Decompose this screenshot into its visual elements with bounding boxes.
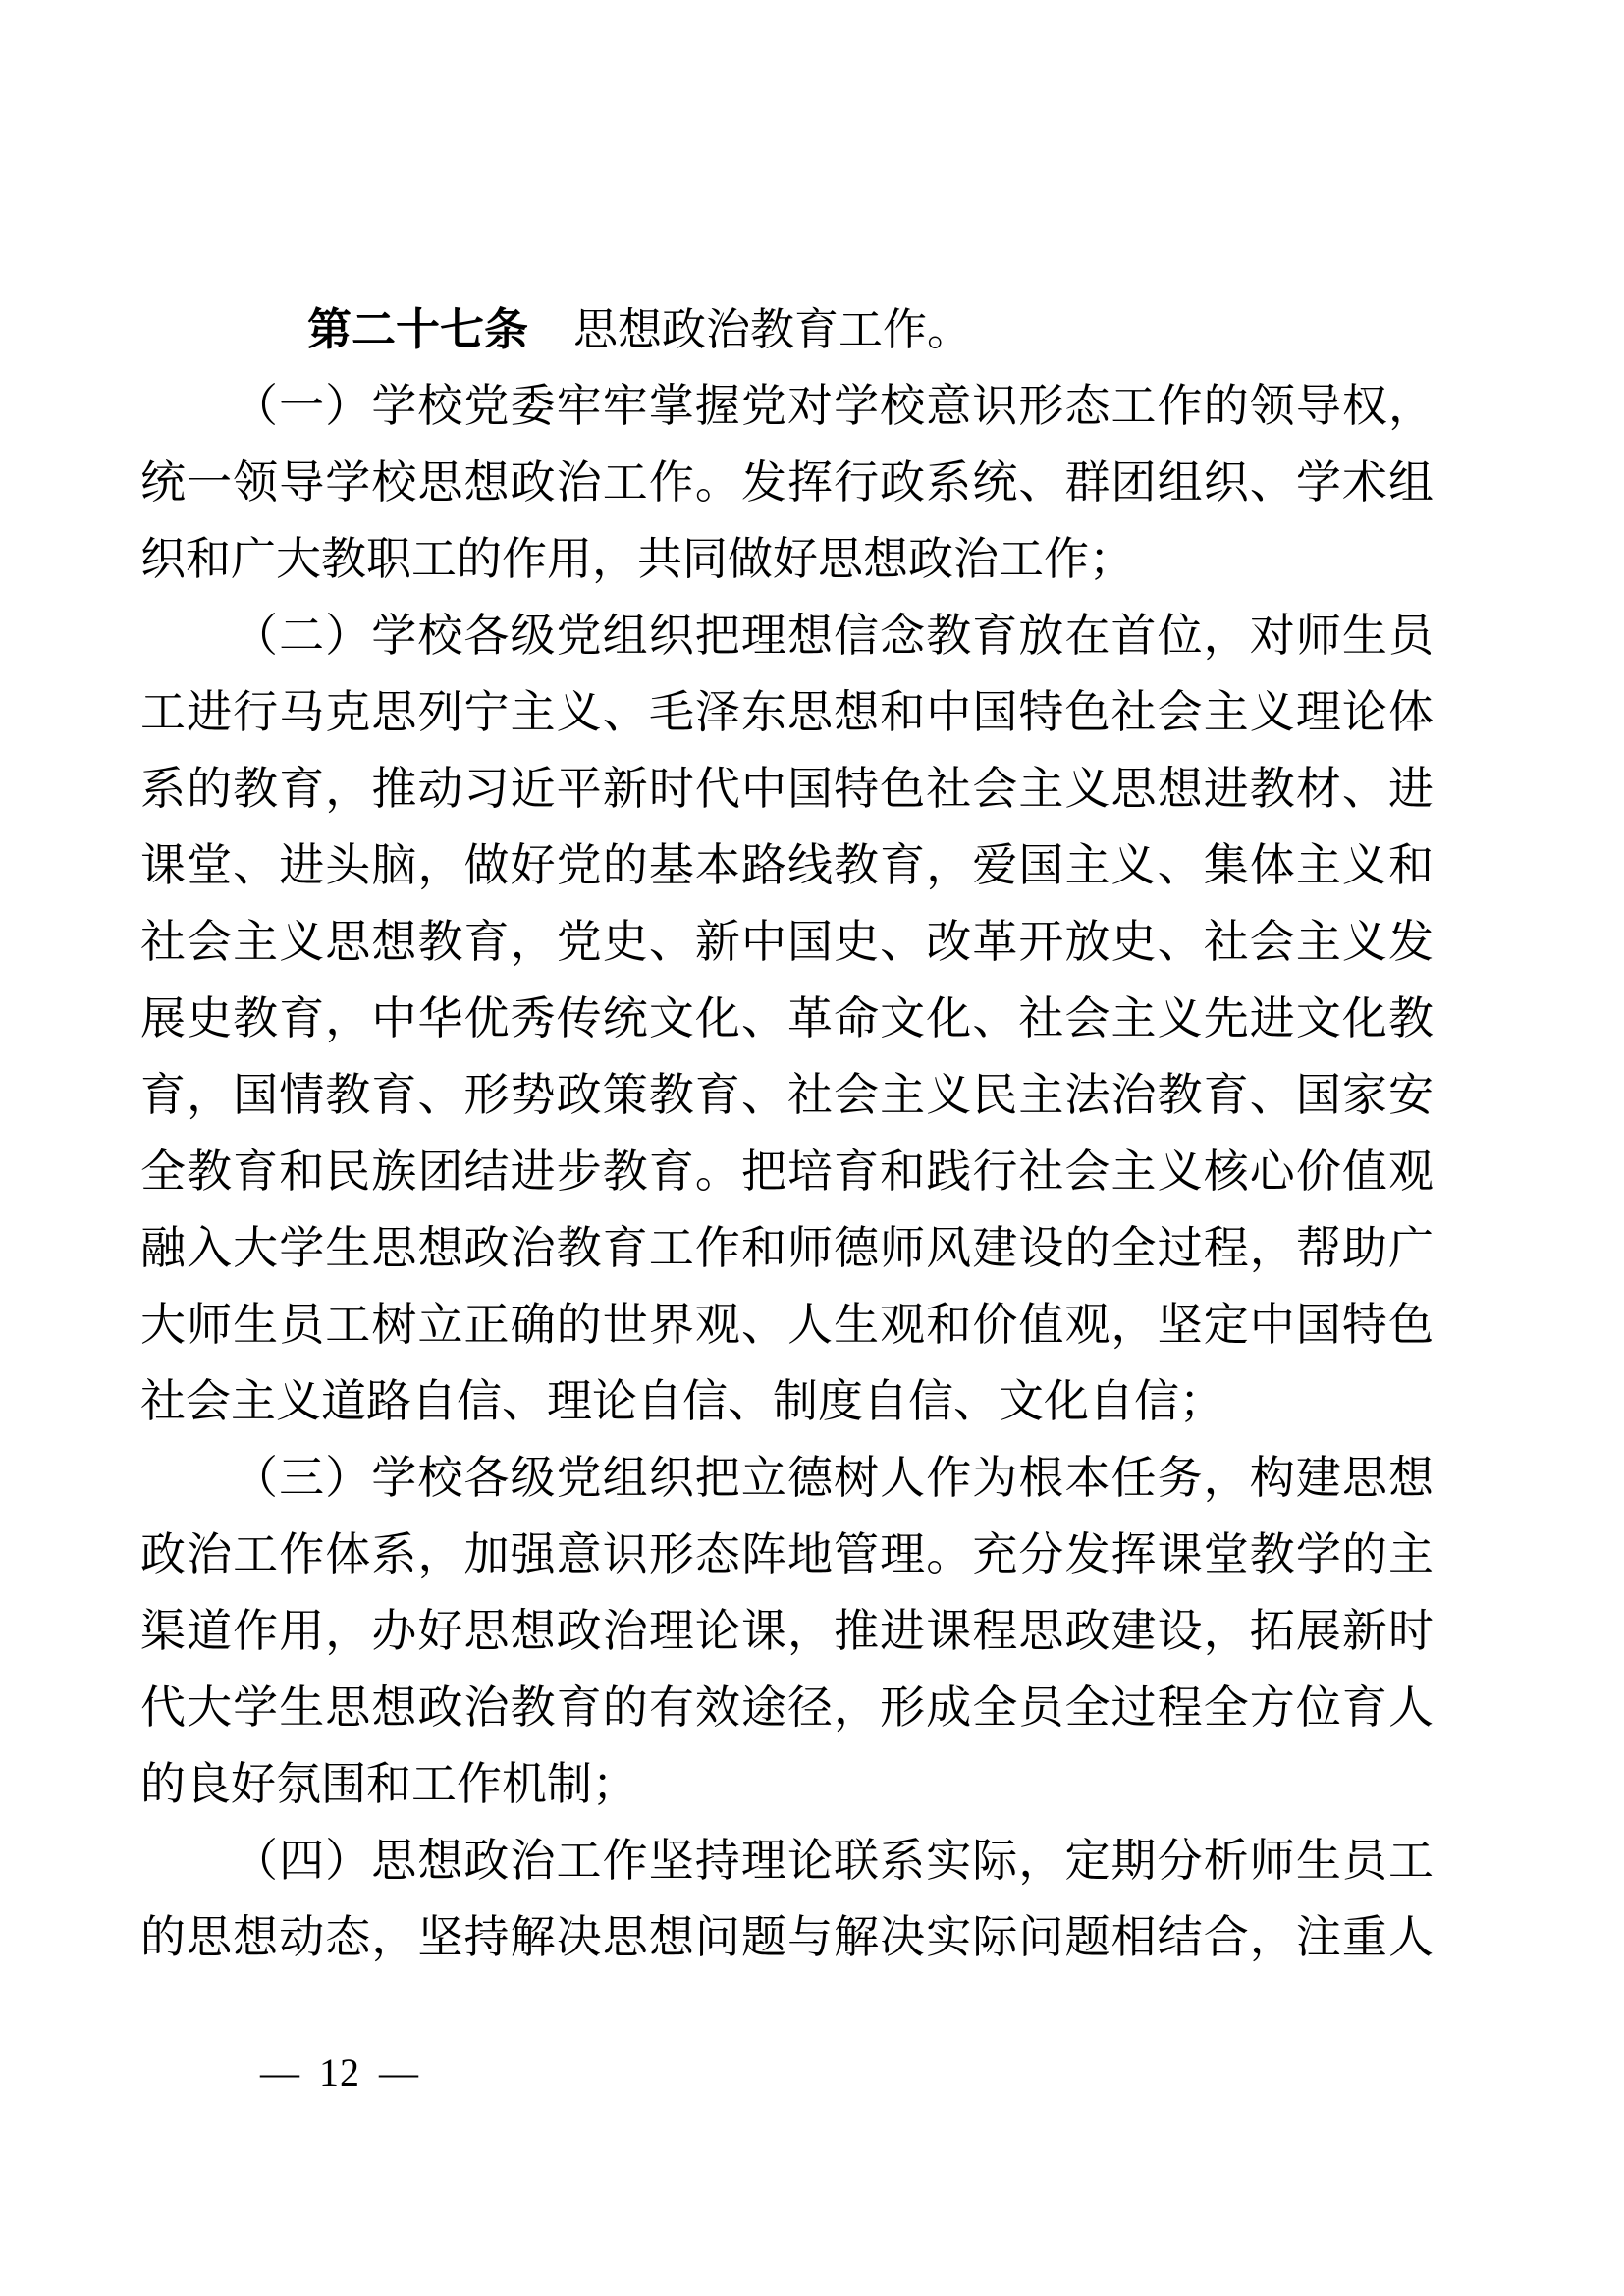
body-line: 的良好氛围和工作机制； xyxy=(140,1746,1434,1823)
body-line: 织和广大教职工的作用，共同做好思想政治工作； xyxy=(140,521,1434,598)
body-line: 渠道作用，办好思想政治理论课，推进课程思政建设，拓展新时 xyxy=(140,1593,1434,1670)
body-line: （一）学校党委牢牢掌握党对学校意识形态工作的领导权， xyxy=(140,368,1434,445)
body-line: 社会主义思想教育，党史、新中国史、改革开放史、社会主义发 xyxy=(140,904,1434,981)
document-page: 第二十七条思想政治教育工作。 （一）学校党委牢牢掌握党对学校意识形态工作的领导权… xyxy=(0,0,1624,2296)
body-line: 系的教育，推动习近平新时代中国特色社会主义思想进教材、进 xyxy=(140,751,1434,828)
body-line: 代大学生思想政治教育的有效途径，形成全员全过程全方位育人 xyxy=(140,1670,1434,1746)
page-number: — 12 — xyxy=(260,2052,419,2095)
body-line: 大师生员工树立正确的世界观、人生观和价值观，坚定中国特色 xyxy=(140,1287,1434,1363)
body-line: （三）学校各级党组织把立德树人作为根本任务，构建思想 xyxy=(140,1440,1434,1517)
body-line: 融入大学生思想政治教育工作和师德师风建设的全过程，帮助广 xyxy=(140,1210,1434,1287)
article-title: 思想政治教育工作。 xyxy=(573,305,971,354)
body-line: 全教育和民族团结进步教育。把培育和践行社会主义核心价值观 xyxy=(140,1134,1434,1210)
body-line: 展史教育，中华优秀传统文化、革命文化、社会主义先进文化教 xyxy=(140,981,1434,1057)
body-line: 育，国情教育、形势政策教育、社会主义民主法治教育、国家安 xyxy=(140,1057,1434,1134)
body-line: 社会主义道路自信、理论自信、制度自信、文化自信； xyxy=(140,1363,1434,1440)
article-heading: 第二十七条思想政治教育工作。 xyxy=(140,292,1434,368)
article-number: 第二十七条 xyxy=(307,304,528,354)
body-line: 政治工作体系，加强意识形态阵地管理。充分发挥课堂教学的主 xyxy=(140,1517,1434,1593)
body-line: 的思想动态，坚持解决思想问题与解决实际问题相结合，注重人 xyxy=(140,1899,1434,1976)
body-line: 课堂、进头脑，做好党的基本路线教育，爱国主义、集体主义和 xyxy=(140,828,1434,904)
article-body: 第二十七条思想政治教育工作。 （一）学校党委牢牢掌握党对学校意识形态工作的领导权… xyxy=(140,292,1434,1976)
body-line: 统一领导学校思想政治工作。发挥行政系统、群团组织、学术组 xyxy=(140,445,1434,521)
body-line: （二）学校各级党组织把理想信念教育放在首位，对师生员 xyxy=(140,598,1434,674)
body-line: （四）思想政治工作坚持理论联系实际，定期分析师生员工 xyxy=(140,1823,1434,1899)
body-line: 工进行马克思列宁主义、毛泽东思想和中国特色社会主义理论体 xyxy=(140,674,1434,751)
